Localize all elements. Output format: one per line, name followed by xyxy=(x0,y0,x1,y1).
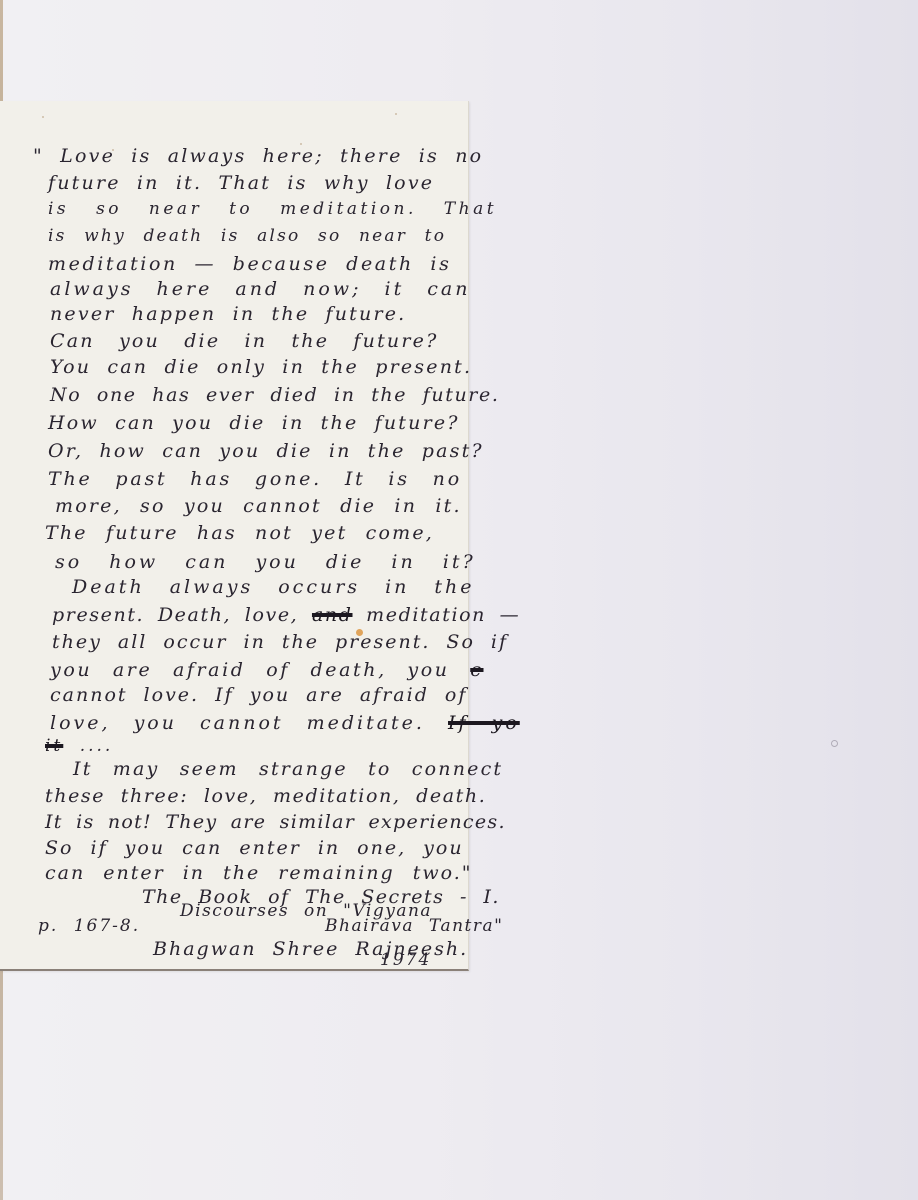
quote-line: is so near to meditation. That xyxy=(48,201,497,218)
quote-line: Death always occurs in the xyxy=(72,578,475,597)
quote-line-text: you are afraid of death, you xyxy=(50,659,450,681)
quote-line: meditation — because death is xyxy=(48,255,451,274)
quote-line: can enter in the remaining two." xyxy=(45,864,473,883)
quote-line: Or, how can you die in the past? xyxy=(48,442,484,461)
struck-word: and xyxy=(312,604,353,626)
quote-line: so how can you die in it? xyxy=(55,553,476,572)
citation-discourse-cont: Bhairava Tantra" xyxy=(325,918,503,935)
quote-line: So if you can enter in one, you xyxy=(45,839,464,858)
citation-year: 1974 xyxy=(380,952,431,969)
quote-line: It is not! They are similar experiences. xyxy=(45,813,506,832)
quote-line-text: love, you cannot meditate. xyxy=(50,712,425,734)
quote-line-text: present. Death, love, xyxy=(52,604,312,626)
struck-word: c xyxy=(470,659,483,681)
quote-line: You can die only in the present. xyxy=(50,358,472,377)
quote-line: always here and now; it can xyxy=(50,280,470,299)
quote-line: future in it. That is why love xyxy=(48,174,434,193)
quote-line: you are afraid of death, you c xyxy=(50,661,484,680)
background-speck xyxy=(831,740,838,747)
quote-line: present. Death, love, and meditation — xyxy=(52,606,520,625)
quote-line: never happen in the future. xyxy=(50,305,406,324)
quote-line: No one has ever died in the future. xyxy=(50,386,499,405)
struck-word: it xyxy=(45,736,63,756)
ellipsis: .... xyxy=(80,736,114,756)
paper-speck xyxy=(395,113,397,115)
citation-page-ref: p. 167-8. xyxy=(38,918,140,935)
paper-speck xyxy=(42,116,44,118)
struck-word: If yo xyxy=(448,712,520,734)
quote-line: these three: love, meditation, death. xyxy=(45,787,486,806)
quote-line-text: meditation — xyxy=(353,604,521,626)
quote-line: love, you cannot meditate. If yo xyxy=(50,714,520,733)
quote-line: more, so you cannot die in it. xyxy=(55,497,462,516)
quote-line: it .... xyxy=(45,738,113,755)
quote-line: It may seem strange to connect xyxy=(73,760,503,779)
quote-line: is why death is also so near to xyxy=(48,228,446,245)
quote-line: The past has gone. It is no xyxy=(48,470,462,489)
quote-line: they all occur in the present. So if xyxy=(52,633,508,652)
quote-line: " Love is always here; there is no xyxy=(33,147,483,166)
quote-line: How can you die in the future? xyxy=(48,414,460,433)
quote-line: Can you die in the future? xyxy=(50,332,438,351)
quote-line: cannot love. If you are afraid of xyxy=(50,686,467,705)
quote-line: The future has not yet come, xyxy=(45,524,434,543)
